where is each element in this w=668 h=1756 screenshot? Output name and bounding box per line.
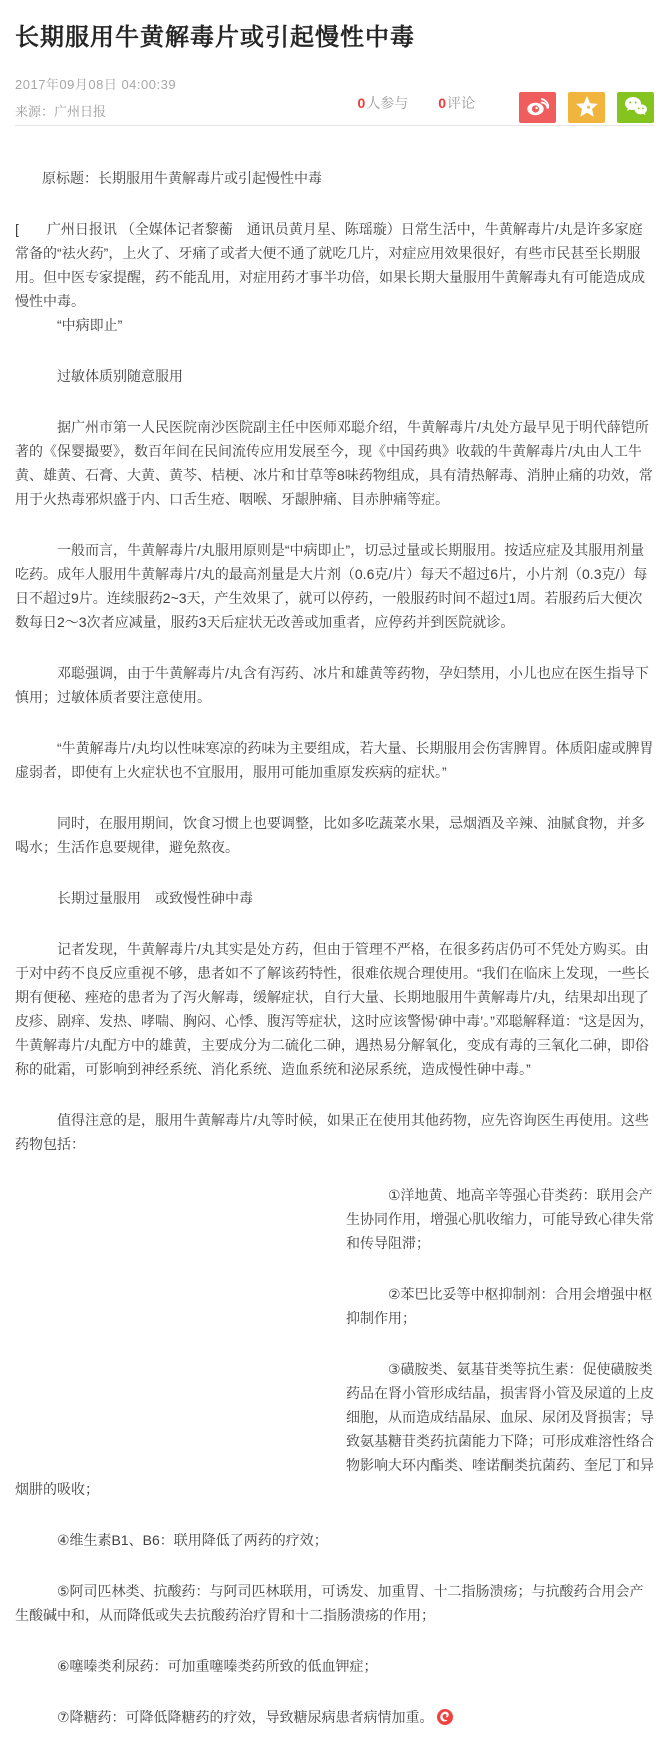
quote-subhead: “中病即止” xyxy=(15,313,654,337)
drug-interaction-item: ⑦降糖药：可降低降糖药的疗效，导致糖尿病患者病情加重。 xyxy=(15,1705,654,1732)
paragraph: 同时，在服用期间，饮食习惯上也要调整，比如多吃蔬菜水果，忌烟酒及辛辣、油腻食物，… xyxy=(15,811,654,859)
original-title: 原标题：长期服用牛黄解毒片或引起慢性中毒 xyxy=(15,166,654,190)
paragraph: 据广州市第一人民医院南沙医院副主任中医师邓聪介绍，牛黄解毒片/丸处方最早见于明代… xyxy=(15,415,654,511)
participants-count: 0 xyxy=(358,95,366,111)
publish-datetime: 2017年09月08日 04:00:39 xyxy=(15,74,176,93)
article-meta-bar: 2017年09月08日 04:00:39 来源：广州日报 0人参与 0评论 xyxy=(15,74,654,126)
meta-left: 2017年09月08日 04:00:39 来源：广州日报 xyxy=(15,74,176,123)
source-label: 来源： xyxy=(15,104,54,119)
meta-right: 0人参与 0评论 xyxy=(358,92,654,123)
drug-interaction-item: ④维生素B1、B6：联用降低了两药的疗效； xyxy=(15,1528,654,1552)
paragraph: 邓聪强调，由于牛黄解毒片/丸含有泻药、冰片和雄黄等药物，孕妇禁用，小儿也应在医生… xyxy=(15,661,654,709)
favorite-button[interactable] xyxy=(568,92,605,123)
source-line: 来源：广州日报 xyxy=(15,101,176,120)
comments-counter[interactable]: 0评论 xyxy=(438,95,475,111)
weibo-icon xyxy=(526,96,549,119)
participants-counter[interactable]: 0人参与 xyxy=(358,95,409,111)
participants-label: 人参与 xyxy=(366,95,408,111)
lead-paragraph: [ 广州日报讯 （全媒体记者黎蘅 通讯员黄月星、陈瑶璇）日常生活中，牛黄解毒片/… xyxy=(15,217,654,313)
paragraph: 值得注意的是，服用牛黄解毒片/丸等时候，如果正在使用其他药物，应先咨询医生再使用… xyxy=(15,1108,654,1156)
float-spacer xyxy=(15,1183,346,1463)
comments-count: 0 xyxy=(438,95,446,111)
share-wechat-button[interactable] xyxy=(617,92,654,123)
paragraph: 记者发现，牛黄解毒片/丸其实是处方药，但由于管理不严格，在很多药店仍可不凭处方购… xyxy=(15,937,654,1081)
section-subhead: 长期过量服用 或致慢性砷中毒 xyxy=(15,886,654,910)
paragraph: “牛黄解毒片/丸均以性味寒凉的药味为主要组成，若大量、长期服用会伤害脾胃。体质阳… xyxy=(15,736,654,784)
star-icon xyxy=(576,96,598,120)
drug-interaction-item: ⑥噻嗪类利尿药：可加重噻嗪类药所致的低血钾症； xyxy=(15,1654,654,1678)
section-subhead: 过敏体质别随意服用 xyxy=(15,364,654,388)
share-weibo-button[interactable] xyxy=(519,92,556,123)
share-buttons xyxy=(507,92,654,123)
paragraph-text: ⑦降糖药：可降低降糖药的疗效，导致糖尿病患者病情加重。 xyxy=(57,1709,434,1725)
page-title: 长期服用牛黄解毒片或引起慢性中毒 xyxy=(15,22,654,54)
drug-interaction-item: ⑤阿司匹林类、抗酸药：与阿司匹林联用，可诱发、加重胃、十二指肠溃疡；与抗酸药合用… xyxy=(15,1579,654,1627)
ifeng-logo-icon xyxy=(437,1712,453,1728)
paragraph: 一般而言，牛黄解毒片/丸服用原则是“中病即止”，切忌过量或长期服用。按适应症及其… xyxy=(15,538,654,634)
source-link[interactable]: 广州日报 xyxy=(54,104,106,119)
article-page: 长期服用牛黄解毒片或引起慢性中毒 2017年09月08日 04:00:39 来源… xyxy=(0,0,668,1756)
comments-label: 评论 xyxy=(447,95,475,111)
wechat-icon xyxy=(624,96,648,120)
article-body: 原标题：长期服用牛黄解毒片或引起慢性中毒 [ 广州日报讯 （全媒体记者黎蘅 通讯… xyxy=(15,126,654,1732)
engagement-counters: 0人参与 0评论 xyxy=(358,93,475,113)
